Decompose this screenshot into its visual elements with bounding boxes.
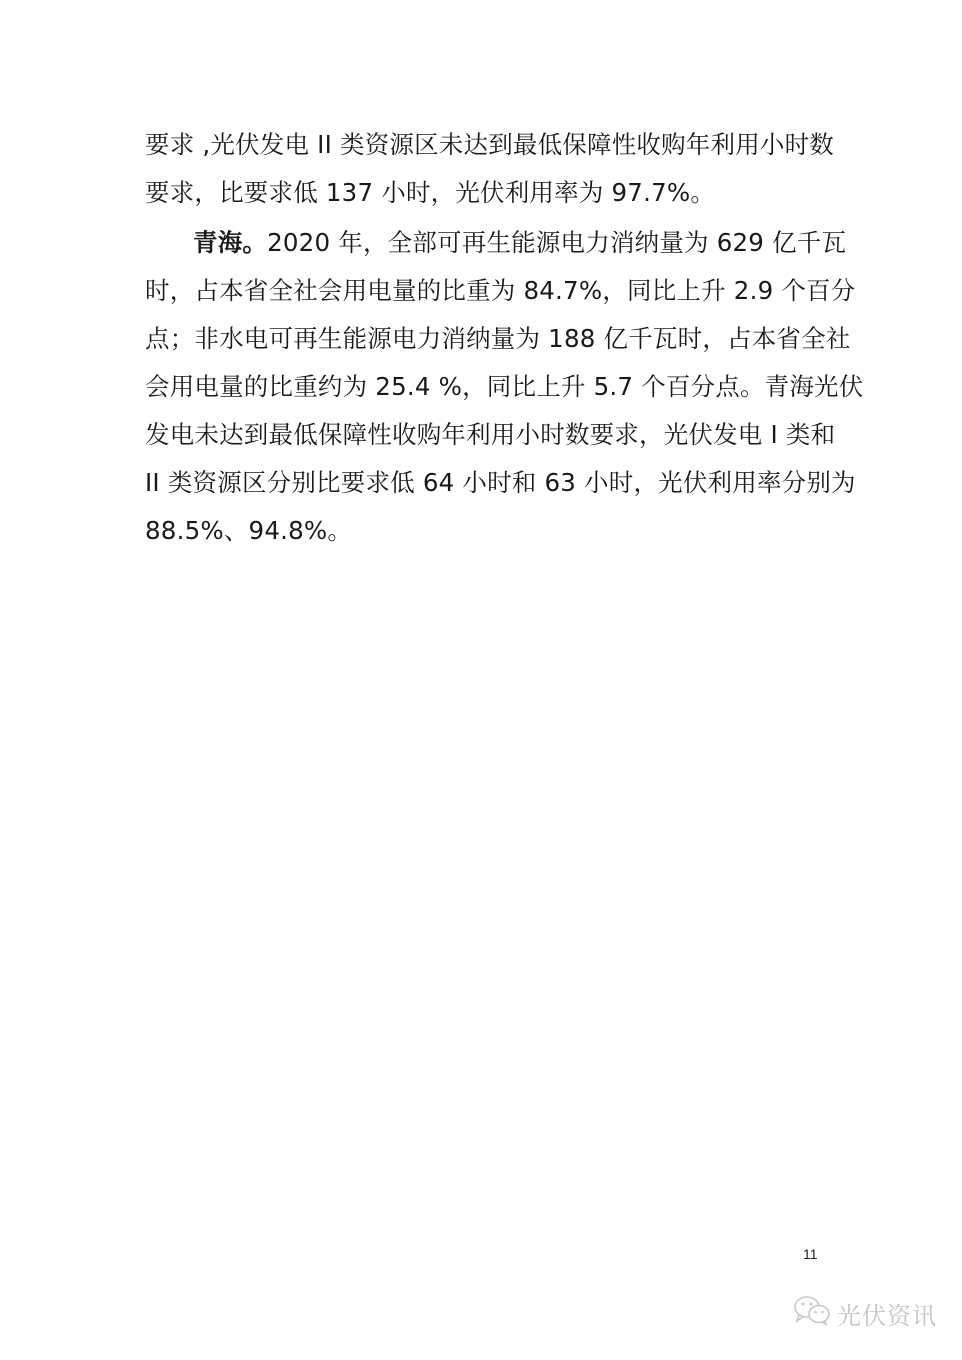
section-heading-qinghai: 青海。 [193, 228, 267, 257]
text-line: II 类资源区分别比要求低 64 小时和 63 小时，光伏利用率分别为 [145, 459, 825, 507]
paragraph-qinghai-first-line: 青海。2020 年，全部可再生能源电力消纳量为 629 亿千瓦 [145, 219, 825, 267]
text-line: 2020 年，全部可再生能源电力消纳量为 629 亿千瓦 [267, 228, 846, 257]
page-number: 11 [803, 1246, 818, 1262]
text-line: 点；非水电可再生能源电力消纳量为 188 亿千瓦时，占本省全社 [145, 315, 825, 363]
text-line: 要求 ,光伏发电 II 类资源区未达到最低保障性收购年利用小时数 [145, 121, 825, 169]
text-line: 88.5%、94.8%。 [145, 507, 825, 555]
text-line: 时，占本省全社会用电量的比重为 84.7%，同比上升 2.9 个百分 [145, 267, 825, 315]
text-line: 要求，比要求低 137 小时，光伏利用率为 97.7%。 [145, 169, 825, 217]
wechat-icon [793, 1295, 831, 1331]
text-line: 会用电量的比重约为 25.4 %，同比上升 5.7 个百分点。青海光伏 [145, 363, 825, 411]
watermark-text: 光伏资讯 [837, 1296, 937, 1331]
text-line: 发电未达到最低保障性收购年利用小时数要求，光伏发电 I 类和 [145, 411, 825, 459]
document-page: 要求 ,光伏发电 II 类资源区未达到最低保障性收购年利用小时数 要求，比要求低… [0, 0, 962, 1360]
watermark: 光伏资讯 [793, 1295, 937, 1331]
